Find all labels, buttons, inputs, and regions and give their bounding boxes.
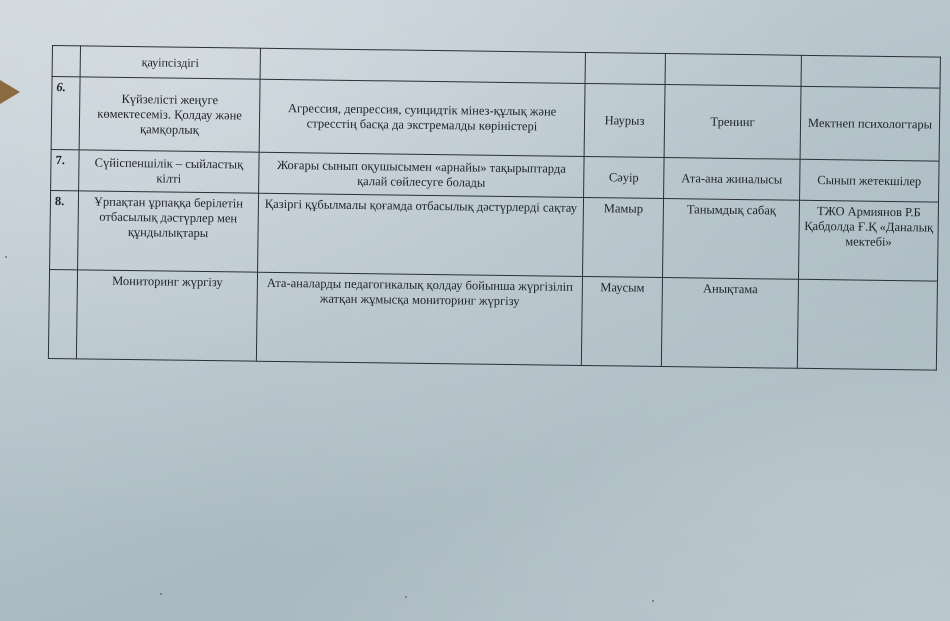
paper-speck (405, 596, 407, 598)
responsible-cell: ТЖО Армиянов Р.Б Қабдолда Ғ.Қ «Даналық м… (798, 200, 938, 281)
responsible-cell: Мектнеп психологтары (800, 86, 940, 161)
responsible-cell: Сынып жетекшілер (800, 159, 940, 202)
content-cell: Агрессия, депрессия, суицидтік мінез-құл… (259, 79, 585, 156)
row-number: 6. (51, 77, 80, 150)
responsible-cell (801, 55, 940, 88)
binder-clip-mark (0, 80, 20, 104)
month-cell: Сәуір (584, 156, 665, 198)
month-cell (585, 52, 665, 84)
paper-speck (5, 256, 7, 258)
content-cell (260, 48, 585, 83)
topic-cell: Ұрпақтан ұрпаққа берілетін отбасылық дәс… (78, 191, 259, 272)
form-cell: Ата-ана жиналысы (664, 158, 801, 201)
paper-speck (652, 600, 654, 602)
plan-table-container: қауіпсіздігі 6. Күйзелісті жеңуге көмект… (48, 45, 941, 371)
content-cell: Қазіргі құбылмалы қоғамда отбасылық дәст… (258, 193, 584, 276)
table-row: 6. Күйзелісті жеңуге көмектесеміз. Қолда… (51, 77, 940, 162)
form-cell: Танымдық сабақ (663, 199, 800, 280)
month-cell: Маусым (581, 276, 662, 366)
month-cell: Мамыр (583, 197, 664, 277)
row-number (48, 269, 77, 358)
month-cell: Наурыз (584, 83, 665, 157)
table-row: 8. Ұрпақтан ұрпаққа берілетін отбасылық … (50, 190, 939, 281)
paper-speck (160, 593, 162, 595)
topic-cell: Күйзелісті жеңуге көмектесеміз. Қолдау ж… (79, 77, 260, 152)
table-row: Мониторинг жүргізу Ата-аналарды педагоги… (48, 269, 937, 370)
form-cell (665, 54, 801, 87)
topic-cell: Сүйіспеншілік – сыйластық кілті (79, 150, 260, 193)
row-number (52, 46, 80, 77)
content-cell: Жоғары сынып оқушысымен «арнайы» тақырып… (259, 152, 585, 197)
plan-table: қауіпсіздігі 6. Күйзелісті жеңуге көмект… (48, 45, 941, 371)
topic-cell: Мониторинг жүргізу (76, 270, 257, 361)
responsible-cell (797, 279, 937, 370)
form-cell: Анықтама (661, 278, 798, 369)
row-number: 8. (50, 190, 79, 269)
content-cell: Ата-аналарды педагогикалық қолдау бойынш… (256, 272, 582, 365)
topic-cell: қауіпсіздігі (80, 46, 260, 79)
form-cell: Тренинг (664, 85, 801, 160)
row-number: 7. (51, 149, 80, 190)
